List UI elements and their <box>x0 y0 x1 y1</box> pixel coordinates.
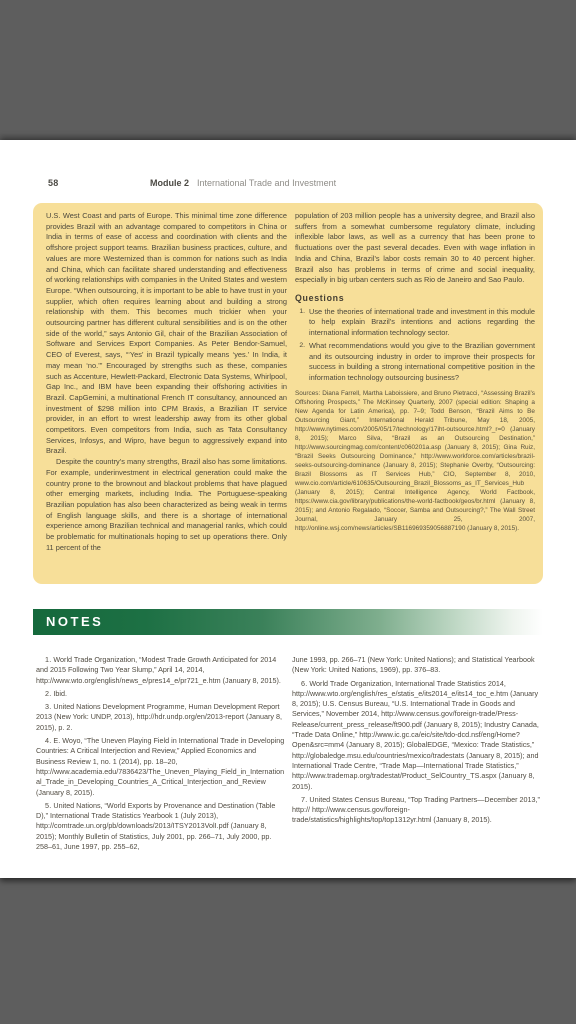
case-paragraph: Despite the country’s many strengths, Br… <box>46 457 287 553</box>
module-title: International Trade and Investment <box>197 178 336 188</box>
question-text: What recommendations would you give to t… <box>309 341 535 383</box>
note-item: 5. United Nations, “World Exports by Pro… <box>36 801 286 852</box>
note-item: 3. United Nations Development Programme,… <box>36 702 286 733</box>
document-page: 58 Module 2 International Trade and Inve… <box>0 140 576 878</box>
note-text: E. Woyo, “The Uneven Playing Field in In… <box>36 736 284 796</box>
question-item: 1. Use the theories of international tra… <box>295 307 535 339</box>
note-item: 7. United States Census Bureau, “Top Tra… <box>292 795 543 826</box>
note-number: 1. <box>45 655 51 664</box>
note-number: 3. <box>45 702 51 711</box>
note-number: 2. <box>45 689 51 698</box>
note-number: 4. <box>45 736 51 745</box>
page-number: 58 <box>48 178 59 188</box>
case-paragraph: population of 203 million people has a u… <box>295 211 535 286</box>
note-item: 4. E. Woyo, “The Uneven Playing Field in… <box>36 736 286 798</box>
notes-right-items: 6. World Trade Organization, Internation… <box>292 679 543 826</box>
notes-section-bar: NOTES <box>33 609 543 635</box>
note-item: 2. Ibid. <box>36 689 286 699</box>
case-study-box: U.S. West Coast and parts of Europe. Thi… <box>33 203 543 584</box>
question-item: 2. What recommendations would you give t… <box>295 341 535 383</box>
notes-heading: NOTES <box>33 609 543 635</box>
note-text: United Nations Development Programme, Hu… <box>36 702 282 732</box>
note-item: 6. World Trade Organization, Internation… <box>292 679 543 792</box>
note-item: 1. World Trade Organization, “Modest Tra… <box>36 655 286 686</box>
case-right-column: population of 203 million people has a u… <box>295 211 535 533</box>
case-paragraph: U.S. West Coast and parts of Europe. Thi… <box>46 211 287 457</box>
note-text: World Trade Organization, International … <box>292 679 539 791</box>
module-label: Module 2 <box>150 178 189 188</box>
question-number: 2. <box>295 341 305 383</box>
note-number: 6. <box>301 679 307 688</box>
note-number: 7. <box>301 795 307 804</box>
notes-left-column: 1. World Trade Organization, “Modest Tra… <box>36 655 286 855</box>
question-text: Use the theories of international trade … <box>309 307 535 339</box>
questions-heading: Questions <box>295 293 535 303</box>
case-left-column: U.S. West Coast and parts of Europe. Thi… <box>46 211 287 554</box>
note-number: 5. <box>45 801 51 810</box>
note-text: United Nations, “World Exports by Proven… <box>36 801 275 851</box>
note-continuation: June 1993, pp. 266–71 (New York: United … <box>292 655 543 676</box>
question-number: 1. <box>295 307 305 339</box>
questions-list: 1. Use the theories of international tra… <box>295 307 535 384</box>
note-text: World Trade Organization, “Modest Trade … <box>36 655 281 685</box>
running-head: 58 Module 2 International Trade and Inve… <box>0 178 576 192</box>
pdf-viewer-canvas: { "colors": { "viewer_background": "#5e5… <box>0 0 576 1024</box>
notes-right-column: June 1993, pp. 266–71 (New York: United … <box>292 655 543 829</box>
sources-paragraph: Sources: Diana Farrell, Martha Laboissie… <box>295 389 535 533</box>
note-text: United States Census Bureau, “Top Tradin… <box>292 795 540 825</box>
note-text: Ibid. <box>53 689 67 698</box>
